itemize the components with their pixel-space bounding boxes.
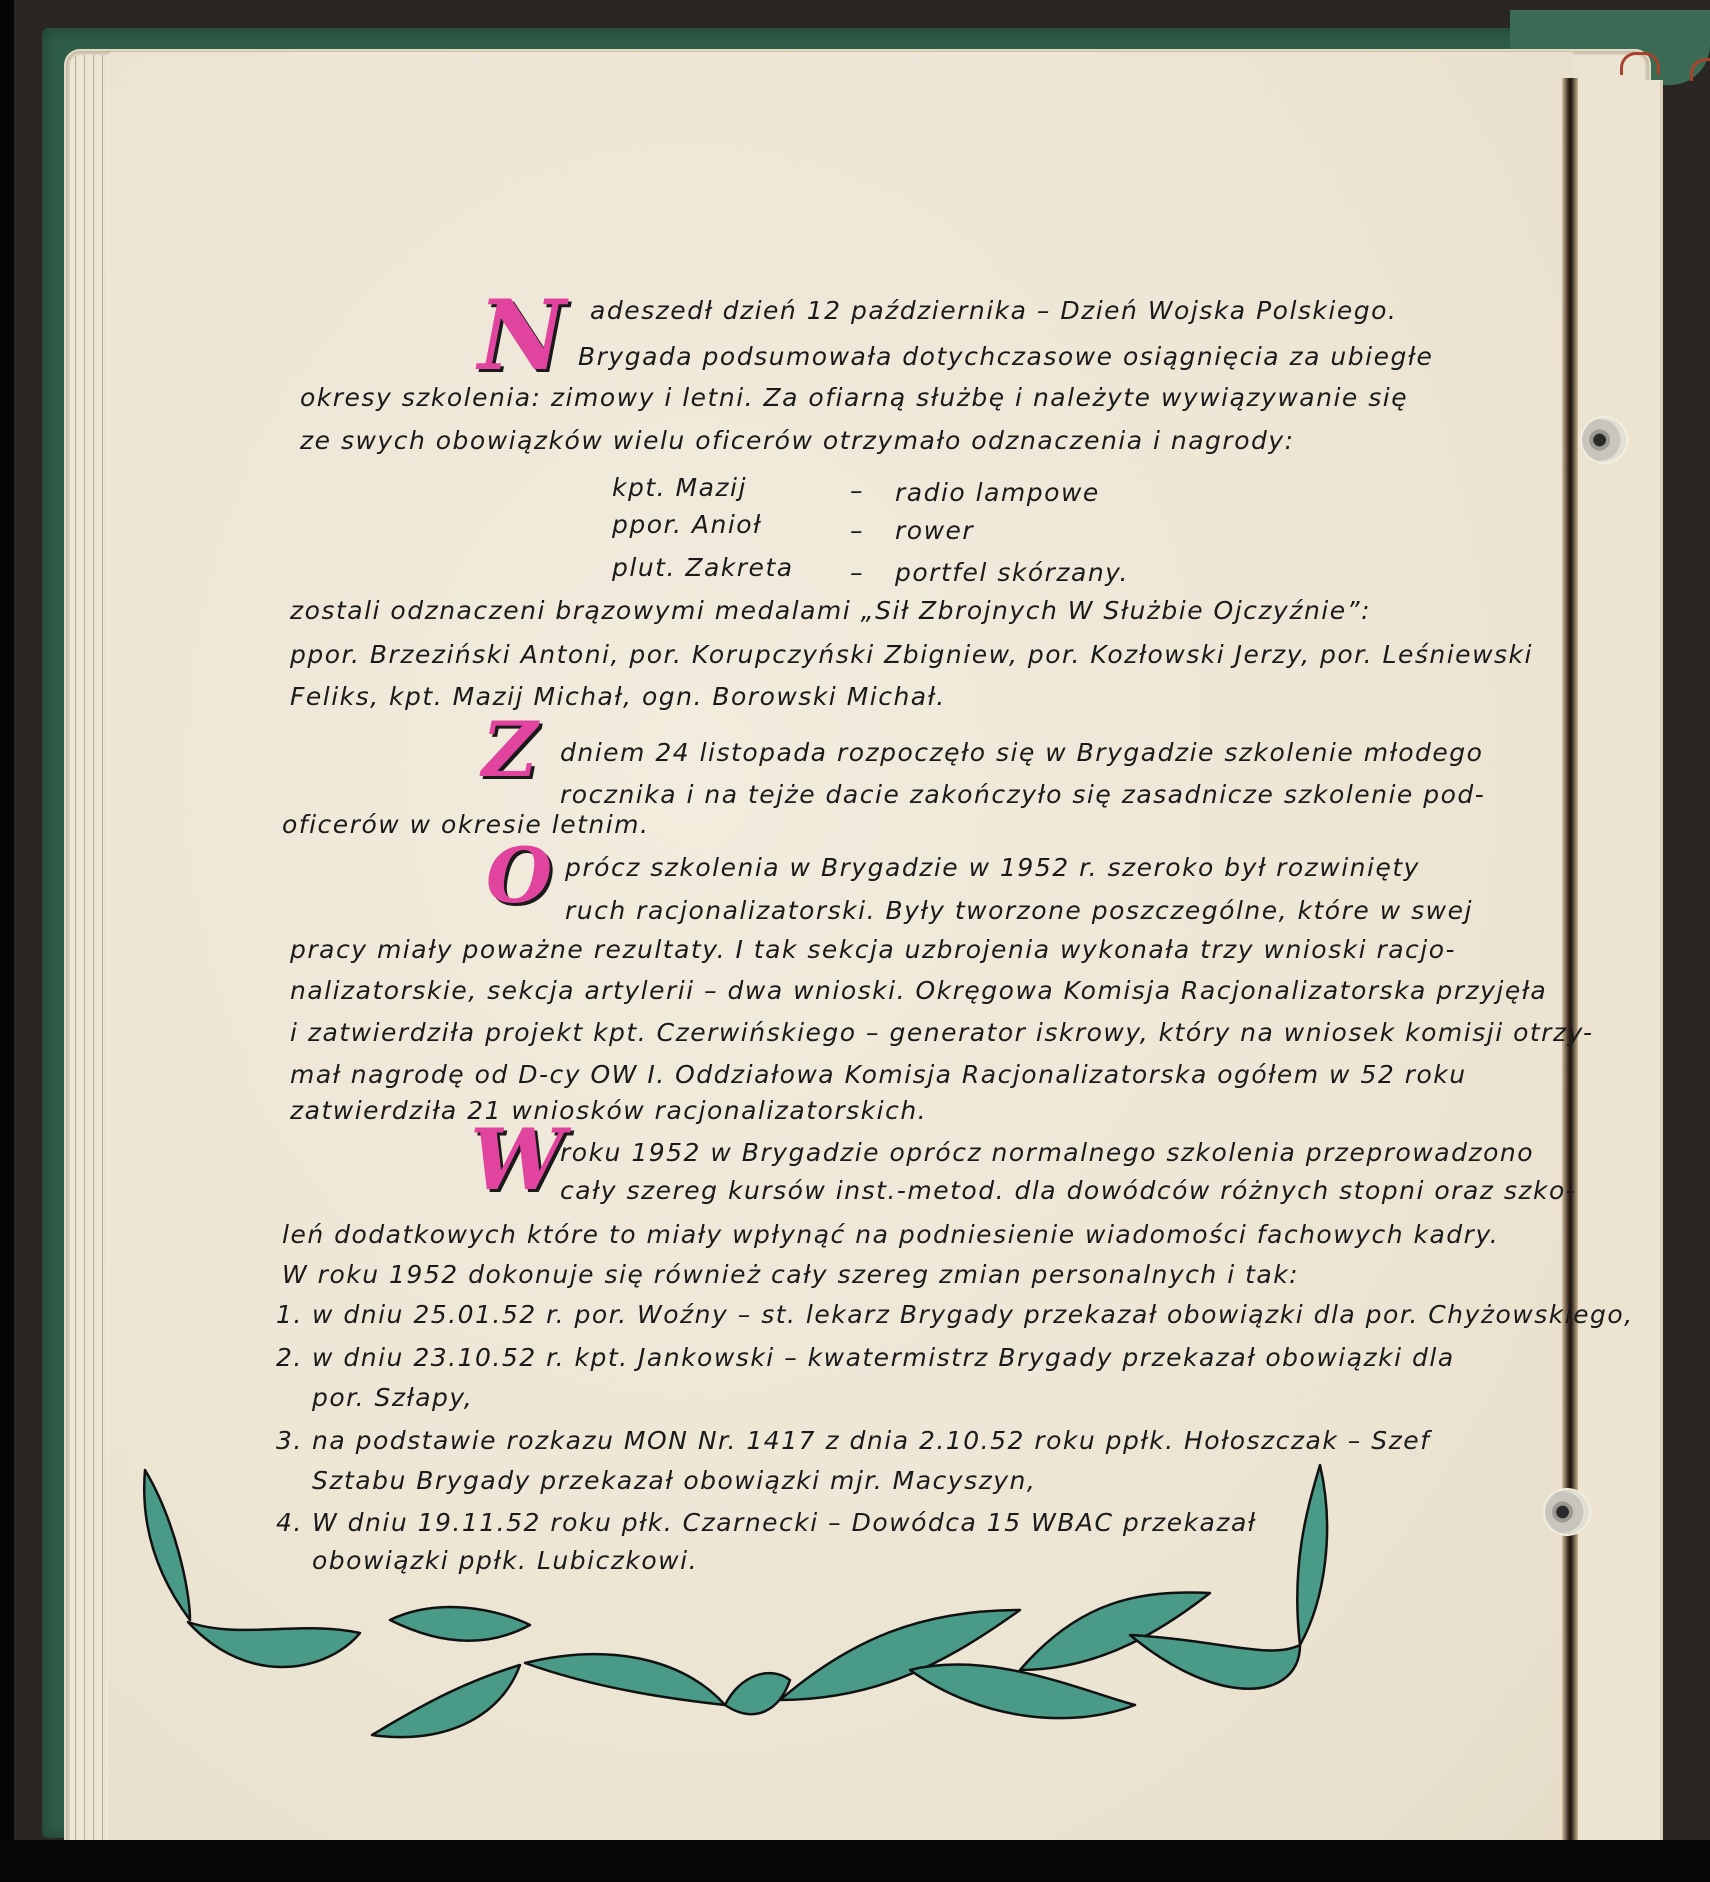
list-item: na podstawie rozkazu MON Nr. 1417 z dnia… [312,1428,1430,1453]
decorated-initial-n: N [478,288,566,384]
text-line: mał nagrodę od D-cy OW I. Oddziałowa Kom… [290,1062,1467,1087]
text-line: cały szereg kursów inst.-metod. dla dowó… [560,1178,1576,1203]
text-line: Brygada podsumowała dotychczasowe osiągn… [578,344,1433,369]
text-line: ze swych obowiązków wielu oficerów otrzy… [300,428,1295,453]
text-line: Feliks, kpt. Mazij Michał, ogn. Borowski… [290,684,946,709]
scan-background-edge [0,0,14,1882]
text-line: dniem 24 listopada rozpoczęło się w Bryg… [560,740,1483,765]
list-number: 4. [276,1510,303,1535]
text-line: rocznika i na tejże dacie zakończyło się… [560,782,1485,807]
list-number: 3. [276,1428,303,1453]
next-page-edge [1578,80,1663,1848]
page-gutter [1562,78,1578,1848]
decorated-initial-o: O [486,838,552,914]
list-item-continuation: obowiązki ppłk. Lubiczkowi. [312,1548,698,1573]
award-dash: – [850,560,864,585]
text-line: zatwierdziła 21 wniosków racjonalizators… [290,1098,927,1123]
award-dash: – [850,478,864,503]
award-recipient: ppor. Anioł [612,512,762,537]
text-line: roku 1952 w Brygadzie oprócz normalnego … [560,1140,1534,1165]
decorated-initial-z: Z [482,712,537,788]
award-item: rower [895,518,974,543]
text-line: pracy miały poważne rezultaty. I tak sek… [290,937,1456,962]
list-number: 2. [276,1345,303,1370]
binding-ring-icon [1620,52,1660,75]
text-line: prócz szkolenia w Brygadzie w 1952 r. sz… [565,855,1420,880]
text-line: adeszedł dzień 12 października – Dzień W… [590,298,1397,323]
award-item: portfel skórzany. [895,560,1129,585]
text-line: okresy szkolenia: zimowy i letni. Za ofi… [300,385,1408,410]
text-line: ppor. Brzeziński Antoni, por. Korupczyńs… [290,642,1533,667]
list-item-continuation: Sztabu Brygady przekazał obowiązki mjr. … [312,1468,1036,1493]
decorated-initial-w: W [470,1118,564,1202]
list-number: 1. [276,1302,303,1327]
text-line: oficerów w okresie letnim. [282,812,649,837]
text-line: zostali odznaczeni brązowymi medalami „S… [290,598,1371,623]
binder-hole [1582,418,1626,462]
list-item: W dniu 19.11.52 roku płk. Czarnecki – Do… [312,1510,1257,1535]
list-item: w dniu 25.01.52 r. por. Woźny – st. leka… [312,1302,1634,1327]
text-line: W roku 1952 dokonuje się również cały sz… [282,1262,1299,1287]
award-dash: – [850,518,864,543]
text-line: nalizatorskie, sekcja artylerii – dwa wn… [290,978,1547,1003]
text-line: i zatwierdziła projekt kpt. Czerwińskieg… [290,1020,1594,1045]
list-item-continuation: por. Szłapy, [312,1385,473,1410]
scan-background-bottom [0,1840,1710,1882]
award-recipient: plut. Zakreta [612,555,794,580]
award-recipient: kpt. Mazij [612,475,747,500]
award-item: radio lampowe [895,480,1100,505]
page-edges [70,55,108,1850]
list-item: w dniu 23.10.52 r. kpt. Jankowski – kwat… [312,1345,1455,1370]
text-line: ruch racjonalizatorski. Były tworzone po… [565,898,1473,923]
text-line: leń dodatkowych które to miały wpłynąć n… [282,1222,1499,1247]
binder-hole [1545,1490,1589,1534]
